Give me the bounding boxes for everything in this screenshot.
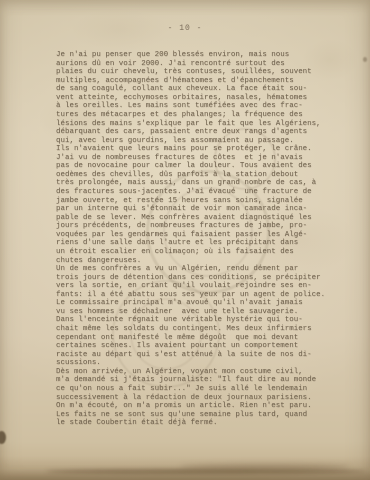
- typewritten-body-text: Je n'ai pu penser que 200 blessés enviro…: [56, 51, 336, 428]
- page-bottom-edge-shadow: [0, 456, 370, 480]
- page-bottom-dark-streak: [46, 469, 366, 474]
- page-bottom-dark-streak: [180, 464, 350, 470]
- ink-speck: [363, 57, 367, 62]
- scanned-document-page: - 10 - Je n'ai pu penser que 200 blessés…: [0, 0, 370, 480]
- ink-speck: [0, 431, 6, 444]
- page-number: - 10 -: [0, 24, 370, 33]
